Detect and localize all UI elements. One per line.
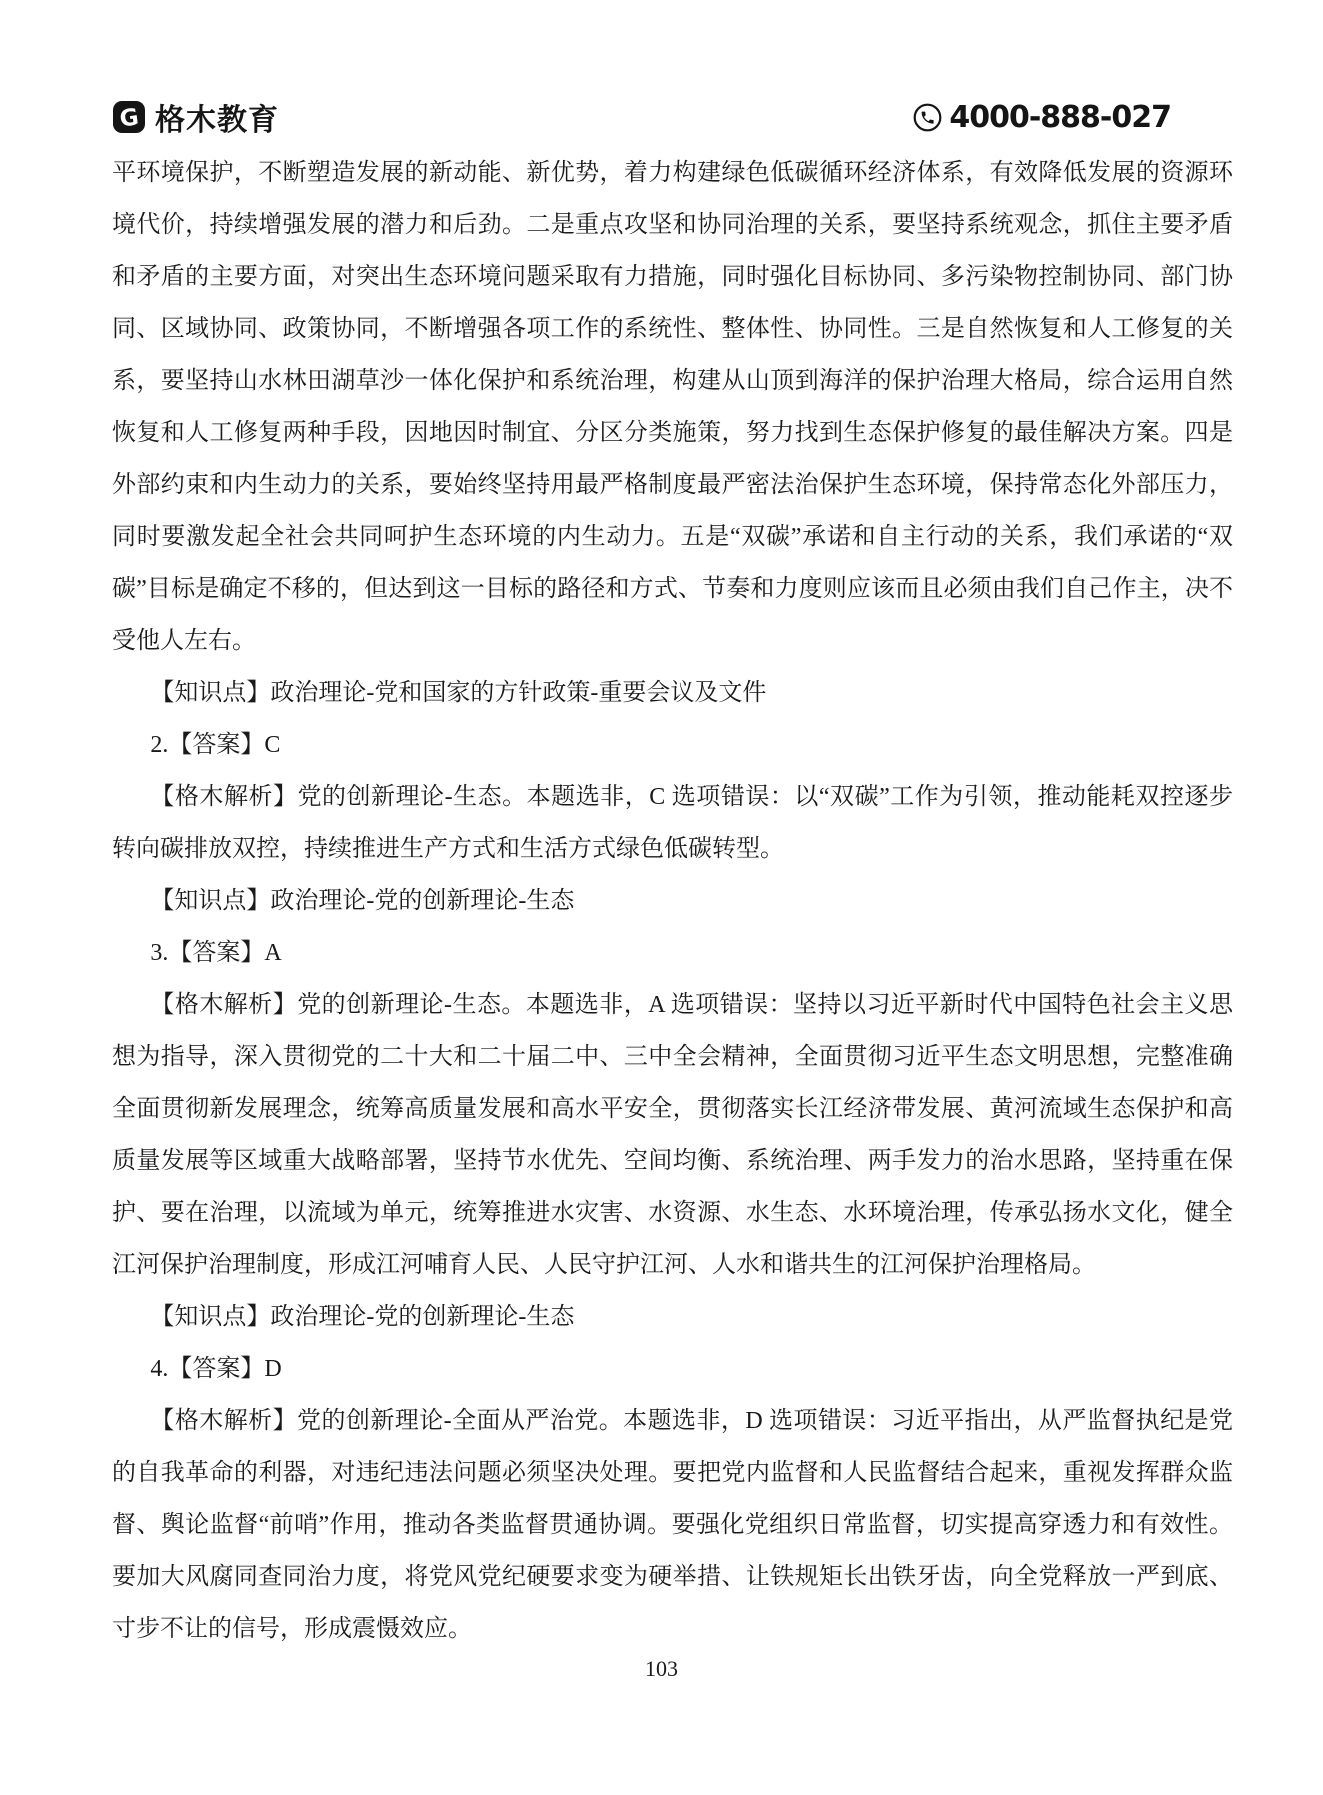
page-footer: 103 (0, 1656, 1323, 1682)
logo-text: 格木教育 (155, 95, 279, 139)
paragraph: 【格木解析】党的创新理论-全面从严治党。本题选非，D 选项错误：习近平指出，从严… (112, 1395, 1233, 1655)
document-body: 平环境保护，不断塑造发展的新动能、新优势，着力构建绿色低碳循环经济体系，有效降低… (112, 147, 1233, 1655)
paragraph: 【格木解析】党的创新理论-生态。本题选非，C 选项错误：以“双碳”工作为引领，推… (112, 771, 1233, 875)
document-page: G 格木教育 4000-888-027 平环境保护，不断塑造发展的新动能、新优势… (0, 0, 1323, 1795)
page-number: 103 (645, 1656, 678, 1681)
gemu-logo-icon: G (112, 100, 146, 134)
paragraph: 平环境保护，不断塑造发展的新动能、新优势，着力构建绿色低碳循环经济体系，有效降低… (112, 147, 1233, 667)
phone-number: 4000-888-027 (949, 100, 1171, 135)
paragraph: 【格木解析】党的创新理论-生态。本题选非，A 选项错误：坚持以习近平新时代中国特… (112, 979, 1233, 1291)
logo: G 格木教育 (112, 95, 279, 139)
paragraph: 4.【答案】D (112, 1343, 1233, 1395)
page-header: G 格木教育 4000-888-027 (112, 96, 1171, 138)
phone-contact: 4000-888-027 (913, 100, 1171, 135)
paragraph: 【知识点】政治理论-党和国家的方针政策-重要会议及文件 (112, 667, 1233, 719)
paragraph: 【知识点】政治理论-党的创新理论-生态 (112, 1291, 1233, 1343)
svg-text:G: G (118, 104, 140, 132)
paragraph: 【知识点】政治理论-党的创新理论-生态 (112, 875, 1233, 927)
phone-icon (913, 103, 942, 132)
paragraph: 3.【答案】A (112, 927, 1233, 979)
paragraph: 2.【答案】C (112, 719, 1233, 771)
